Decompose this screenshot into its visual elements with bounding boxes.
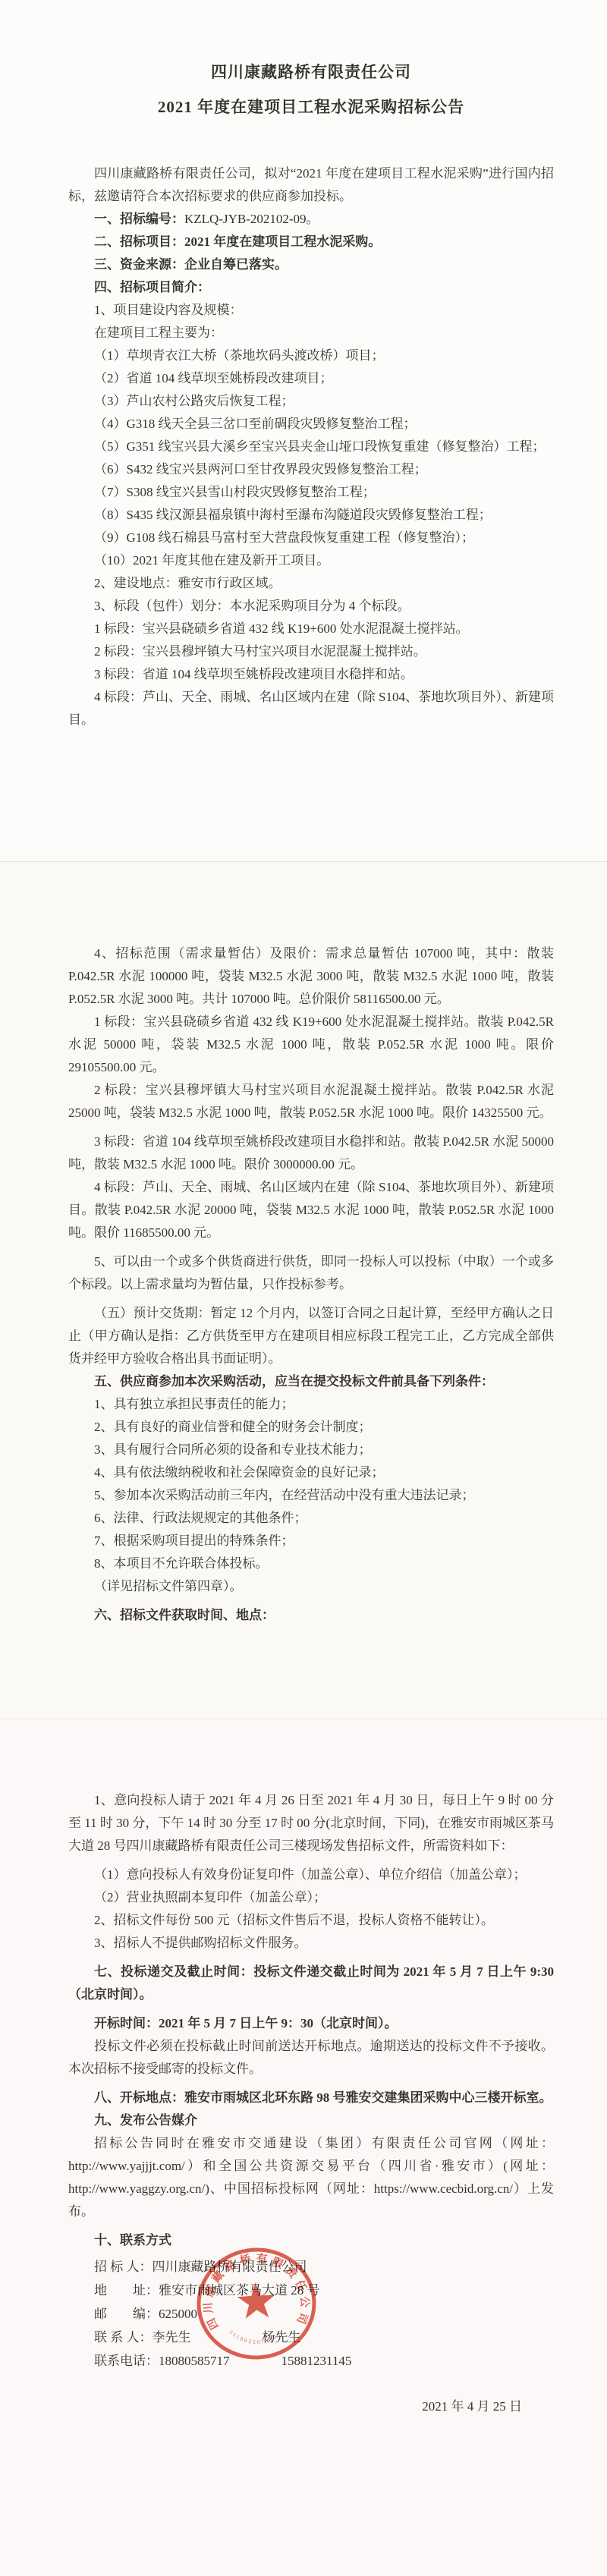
section-5-supplier-conditions: 五、供应商参加本次采购活动，应当在提交投标文件前具备下列条件： (68, 1370, 554, 1393)
contact-row-zipcode: 邮 编：625000 (68, 2302, 554, 2326)
section-2-tender-project: 二、招标项目：2021 年度在建项目工程水泥采购。 (68, 231, 554, 253)
section-8-opening-place: 八、开标地点：雅安市雨城区北环东路 98 号雅安交建集团采购中心三楼开标室。 (68, 2087, 554, 2109)
contact-row-bidder: 招 标 人：四川康藏路桥有限责任公司 (68, 2255, 554, 2279)
condition-list-item: 3、具有履行合同所必须的设备和专业技术能力； (68, 1439, 554, 1461)
bid-section-item: 3 标段：省道 104 线草坝至姚桥段改建项目水稳拌和站。 (68, 663, 554, 686)
page-1-body: 四川康藏路桥有限责任公司，拟对“2021 年度在建项目工程水泥采购”进行国内招标… (68, 162, 554, 731)
project-list-item: （10）2021 年度其他在建及新开工项目。 (68, 549, 554, 572)
section-6-document-pickup: 六、招标文件获取时间、地点： (68, 1604, 554, 1627)
paragraph: 在建项目工程主要为： (68, 322, 554, 344)
delivery-period-paragraph: （五）预计交货期：暂定 12 个月内，以签订合同之日起计算，至经甲方确认之日止（… (68, 1302, 554, 1370)
project-list-item: （5）G351 线宝兴县大溪乡至宝兴县夹金山垭口段恢复重建（修复整治）工程； (68, 436, 554, 458)
bid-section-detail: 4 标段：芦山、天全、雨城、名山区域内在建（除 S104、茶地坎项目外）、新建项… (68, 1176, 554, 1244)
bid-section-item: 1 标段：宝兴县硗碛乡省道 432 线 K19+600 处水泥混凝土搅拌站。 (68, 618, 554, 640)
paragraph: 2、建设地点：雅安市行政区域。 (68, 572, 554, 595)
condition-list-item: 7、根据采购项目提出的特殊条件； (68, 1530, 554, 1552)
media-paragraph: 招标公告同时在雅安市交通建设（集团）有限责任公司官网（网址：http://www… (68, 2132, 554, 2223)
scanned-tender-announcement: 四川康藏路桥有限责任公司 2021 年度在建项目工程水泥采购招标公告 四川康藏路… (0, 0, 607, 2576)
project-list-item: （1）草坝青衣江大桥（茶地坎码头渡改桥）项目； (68, 344, 554, 367)
project-list-item: （4）G318 线天全县三岔口至前碉段灾毁修复整治工程； (68, 413, 554, 436)
doc-date: 2021 年 4 月 25 日 (68, 2395, 522, 2414)
project-list-item: （3）芦山农村公路灾后恢复工程； (68, 390, 554, 413)
bid-section-detail: 3 标段：省道 104 线草坝至姚桥段改建项目水稳拌和站。散装 P.042.5R… (68, 1131, 554, 1176)
doc-title-line-1: 四川康藏路桥有限责任公司 (68, 55, 554, 90)
contact-block: 招 标 人：四川康藏路桥有限责任公司 地 址：雅安市雨城区茶马大道 28 号 邮… (68, 2255, 554, 2373)
paragraph: 2、招标文件每份 500 元（招标文件售后不退，投标人资格不能转让）。 (68, 1909, 554, 1932)
paragraph: 1、意向投标人请于 2021 年 4 月 26 日至 2021 年 4 月 30… (68, 1789, 554, 1857)
contact-row-persons: 联 系 人：李先生杨先生 (68, 2326, 554, 2349)
paragraph: 1、项目建设内容及规模： (68, 299, 554, 322)
project-list-item: （6）S432 线宝兴县两河口至甘孜界段灾毁修复整治工程； (68, 458, 554, 481)
section-9-announcement-media: 九、发布公告媒介 (68, 2109, 554, 2132)
section-10-contact: 十、联系方式 (68, 2229, 554, 2252)
section-4-scope-and-price: 4、招标范围（需求量暂估）及限价：需求总量暂估 107000 吨，其中：散装 P… (68, 942, 554, 1011)
bid-section-item: 4 标段：芦山、天全、雨城、名山区域内在建（除 S104、茶地坎项目外）、新建项… (68, 686, 554, 731)
section-4-project-brief: 四、招标项目简介： (68, 276, 554, 299)
condition-list-item: 2、具有良好的商业信誉和健全的财务会计制度； (68, 1416, 554, 1439)
required-material-item: （1）意向投标人有效身份证复印件（加盖公章）、单位介绍信（加盖公章）； (68, 1864, 554, 1886)
intro-paragraph: 四川康藏路桥有限责任公司，拟对“2021 年度在建项目工程水泥采购”进行国内招标… (68, 162, 554, 208)
paragraph: 3、招标人不提供邮购招标文件服务。 (68, 1932, 554, 1955)
document-page-2: 4、招标范围（需求量暂估）及限价：需求总量暂估 107000 吨，其中：散装 P… (0, 861, 607, 1719)
paragraph: 投标文件必须在投标截止时间前送达开标地点。逾期送达的投标文件不予接收。本次招标不… (68, 2035, 554, 2081)
condition-list-item: 1、具有独立承担民事责任的能力； (68, 1393, 554, 1416)
bid-section-detail: 1 标段：宝兴县硗碛乡省道 432 线 K19+600 处水泥混凝土搅拌站。散装… (68, 1011, 554, 1079)
bid-section-detail: 2 标段：宝兴县穆坪镇大马村宝兴项目水泥混凝土搅拌站。散装 P.042.5R 水… (68, 1079, 554, 1124)
project-list-item: （7）S308 线宝兴县雪山村段灾毁修复整治工程； (68, 481, 554, 504)
condition-list-item: 5、参加本次采购活动前三年内，在经营活动中没有重大违法记录； (68, 1484, 554, 1507)
paragraph: 5、可以由一个或多个供货商进行供货，即同一投标人可以投标（中取）一个或多个标段。… (68, 1250, 554, 1296)
bid-opening-time: 开标时间：2021 年 5 月 7 日上午 9：30（北京时间）。 (68, 2012, 554, 2035)
section-3-fund-source: 三、资金来源：企业自筹已落实。 (68, 253, 554, 276)
condition-list-item: 4、具有依法缴纳税收和社会保障资金的良好记录； (68, 1461, 554, 1484)
project-list-item: （9）G108 线石棉县马富村至大营盘段恢复重建工程（修复整治）； (68, 527, 554, 549)
paragraph: 3、标段（包件）划分：本水泥采购项目分为 4 个标段。 (68, 595, 554, 618)
contact-row-phones: 联系电话：1808058571715881231145 (68, 2349, 554, 2373)
required-material-item: （2）营业执照副本复印件（加盖公章）； (68, 1886, 554, 1909)
condition-list-item: 6、法律、行政法规规定的其他条件； (68, 1507, 554, 1530)
paragraph: （详见招标文件第四章）。 (68, 1575, 554, 1598)
condition-list-item: 8、本项目不允许联合体投标。 (68, 1552, 554, 1575)
document-page-1: 四川康藏路桥有限责任公司 2021 年度在建项目工程水泥采购招标公告 四川康藏路… (0, 0, 607, 861)
project-list-item: （2）省道 104 线草坝至姚桥段改建项目； (68, 367, 554, 390)
document-page-3: 1、意向投标人请于 2021 年 4 月 26 日至 2021 年 4 月 30… (0, 1719, 607, 2576)
contact-row-address: 地 址：雅安市雨城区茶马大道 28 号 (68, 2279, 554, 2302)
section-1-tender-number: 一、招标编号：KZLQ-JYB-202102-09。 (68, 208, 554, 231)
section-7-submission-deadline: 七、投标递交及截止时间：投标文件递交截止时间为 2021 年 5 月 7 日上午… (68, 1961, 554, 2006)
project-list-item: （8）S435 线汉源县福泉镇中海村至瀑布沟隧道段灾毁修复整治工程； (68, 504, 554, 527)
doc-title-line-2: 2021 年度在建项目工程水泥采购招标公告 (68, 90, 554, 124)
bid-section-item: 2 标段：宝兴县穆坪镇大马村宝兴项目水泥混凝土搅拌站。 (68, 640, 554, 663)
